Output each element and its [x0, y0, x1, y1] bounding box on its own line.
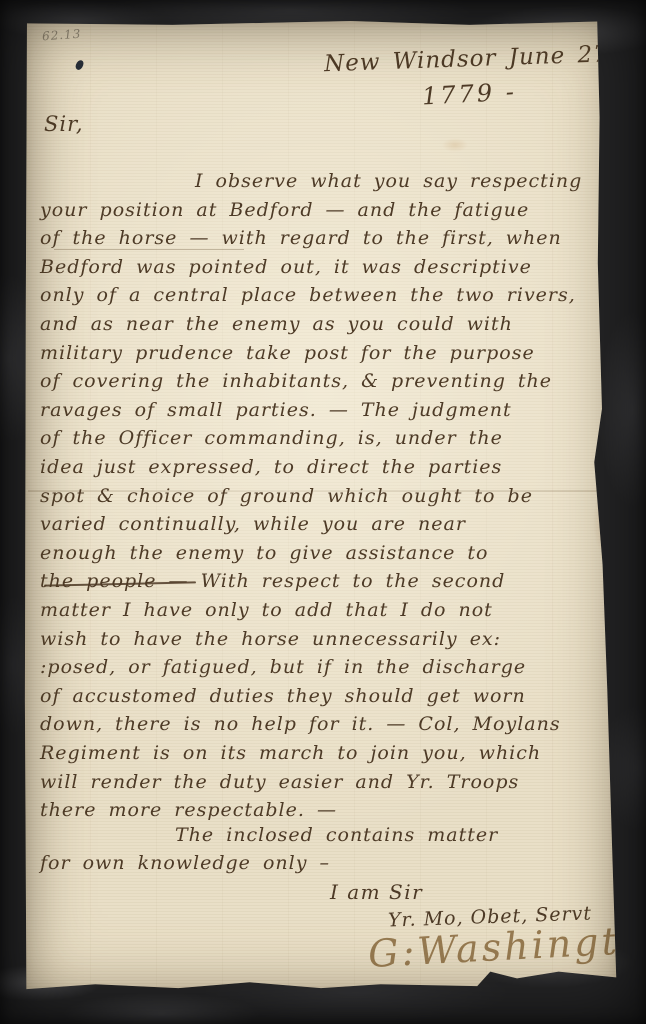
letter-line: for own knowledge only –	[40, 852, 330, 874]
letter-line: will render the duty easier and Yr. Troo…	[40, 771, 519, 793]
underline-crease	[54, 249, 244, 250]
letter-line: Bedford was pointed out, it was descript…	[40, 256, 532, 278]
dateline-year: 1779 -	[421, 78, 517, 111]
dateline-text: New Windsor June 27	[324, 41, 610, 77]
foxing-stain	[442, 138, 468, 152]
letter-sheet: 62.13 New Windsor June 27th 1779 - Sir, …	[24, 20, 618, 992]
letter-line: The inclosed contains matter	[175, 824, 498, 846]
letter-line: and as near the enemy as you could with	[40, 313, 513, 335]
letter-line: down, there is no help for it. — Col, Mo…	[40, 713, 561, 735]
letter-line: of covering the inhabitants, & preventin…	[40, 370, 552, 392]
salutation: Sir,	[44, 112, 84, 136]
letter-line: enough the enemy to give assistance to	[40, 542, 489, 564]
letter-line: only of a central place between the two …	[40, 284, 576, 306]
letter-line: varied continually, while you are near	[40, 513, 466, 535]
photograph-of-letter: { "document": { "archive_number": "62.13…	[0, 0, 646, 1024]
letter-line: matter I have only to add that I do not	[40, 599, 493, 621]
letter-line: :posed, or fatigued, but if in the disch…	[40, 656, 526, 678]
letter-line: there more respectable. —	[40, 799, 337, 821]
ink-blot	[75, 59, 85, 71]
dateline: New Windsor June 27th	[324, 41, 625, 77]
edge-water-stain	[572, 418, 624, 578]
letter-line: of the horse — with regard to the first,…	[40, 227, 562, 249]
closing-line: I am Sir	[330, 880, 423, 904]
dateline-ordinal-superscript: th	[608, 41, 624, 57]
letter-line: wish to have the horse unnecessarily ex:	[40, 628, 501, 650]
archive-number-pencil-note: 62.13	[42, 27, 82, 44]
letter-line: ravages of small parties. — The judgment	[40, 399, 512, 421]
letter-line: I observe what you say respecting	[195, 170, 582, 192]
letter-line: of accustomed duties they should get wor…	[40, 685, 526, 707]
letter-line: Regiment is on its march to join you, wh…	[40, 742, 541, 764]
letter-line: military prudence take post for the purp…	[40, 342, 535, 364]
letter-line: your position at Bedford — and the fatig…	[40, 199, 529, 221]
letter-line: idea just expressed, to direct the parti…	[40, 456, 502, 478]
letter-line: of the Officer commanding, is, under the	[40, 427, 503, 449]
letter-line: spot & choice of ground which ought to b…	[40, 485, 533, 507]
letter-line: the people — With respect to the second	[40, 570, 505, 592]
